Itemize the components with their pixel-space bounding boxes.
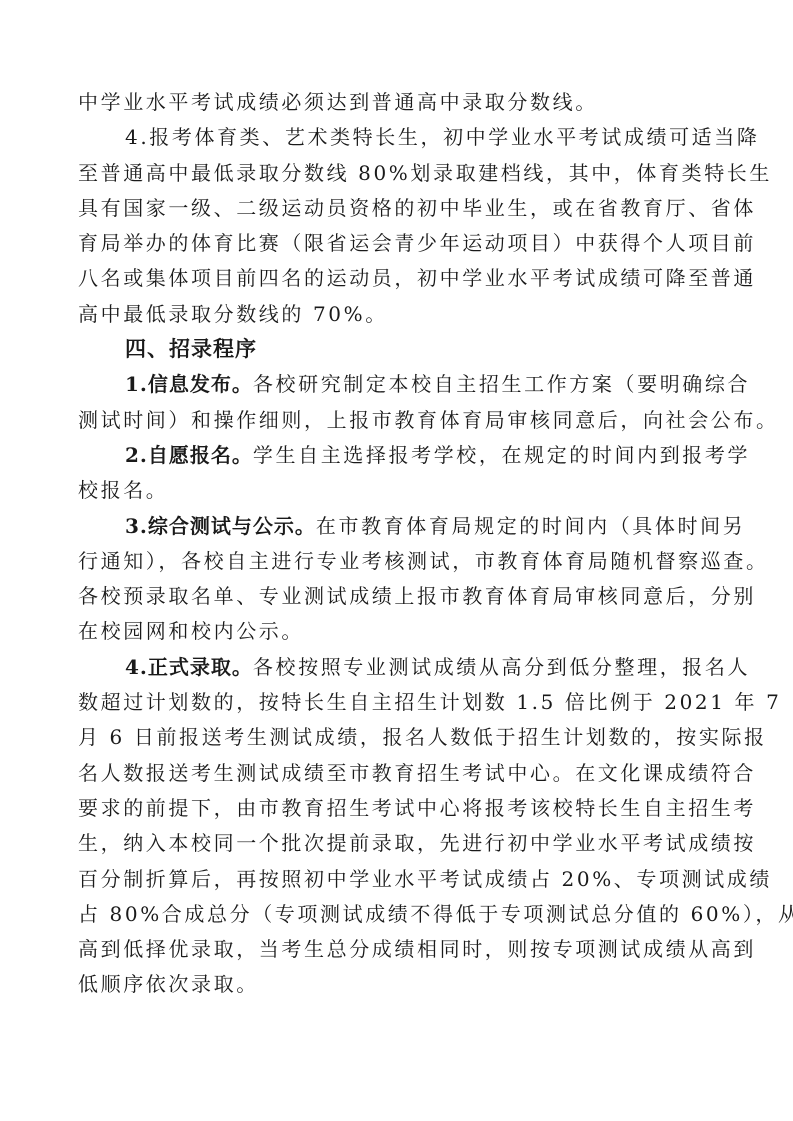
text-line: 百分制折算后，再按照初中学业水平考试成绩占 20%、专项测试成绩 [78, 862, 718, 897]
step-lead: 1.信息发布。 [125, 372, 253, 396]
text-line: 要求的前提下，由市教育招生考试中心将报考该校特长生自主招生考 [78, 791, 718, 826]
step-voluntary-registration: 2.自愿报名。学生自主选择报考学校，在规定的时间内到报考学 校报名。 [78, 438, 718, 509]
text-line: 高中最低录取分数线的 70%。 [78, 297, 718, 332]
text-line: 占 80%合成总分（专项测试成绩不得低于专项测试总分值的 60%），从 [78, 897, 718, 932]
step-text: 学生自主选择报考学校，在规定的时间内到报考学 [253, 443, 750, 467]
paragraph-sports-arts-specialty: 4.报考体育类、艺术类特长生，初中学业水平考试成绩可适当降 至普通高中最低录取分… [78, 120, 718, 332]
text-line: 月 6 日前报送考生测试成绩，报名人数低于招生计划数的，按实际报 [78, 720, 718, 755]
text-line: 高到低择优录取，当考生总分成绩相同时，则按专项测试成绩从高到 [78, 932, 718, 967]
document-page: 中学业水平考试成绩必须达到普通高中录取分数线。 4.报考体育类、艺术类特长生，初… [78, 85, 718, 1003]
step-text: 各校研究制定本校自主招生工作方案（要明确综合 [253, 372, 750, 396]
step-lead: 2.自愿报名。 [125, 443, 253, 467]
text-line: 4.报考体育类、艺术类特长生，初中学业水平考试成绩可适当降 [78, 120, 718, 155]
text-line: 各校预录取名单、专业测试成绩上报市教育体育局审核同意后，分别 [78, 579, 718, 614]
step-lead: 3.综合测试与公示。 [125, 514, 316, 538]
text-line: 行通知），各校自主进行专业考核测试，市教育体育局随机督察巡查。 [78, 544, 718, 579]
text-line: 具有国家一级、二级运动员资格的初中毕业生，或在省教育厅、省体 [78, 191, 718, 226]
section-heading: 四、招录程序 [78, 332, 718, 367]
step-test-and-publicity: 3.综合测试与公示。在市教育体育局规定的时间内（具体时间另 行通知），各校自主进… [78, 509, 718, 650]
text-line: 校报名。 [78, 473, 718, 508]
text-line: 八名或集体项目前四名的运动员，初中学业水平考试成绩可降至普通 [78, 261, 718, 296]
text-line: 3.综合测试与公示。在市教育体育局规定的时间内（具体时间另 [78, 509, 718, 544]
text-line: 名人数报送考生测试成绩至市教育招生考试中心。在文化课成绩符合 [78, 756, 718, 791]
text-line: 低顺序依次录取。 [78, 967, 718, 1002]
step-text: 在市教育体育局规定的时间内（具体时间另 [316, 514, 745, 538]
text-line: 育局举办的体育比赛（限省运会青少年运动项目）中获得个人项目前 [78, 226, 718, 261]
text-line: 生，纳入本校同一个批次提前录取，先进行初中学业水平考试成绩按 [78, 826, 718, 861]
step-formal-admission: 4.正式录取。各校按照专业测试成绩从高分到低分整理，报名人 数超过计划数的，按特… [78, 650, 718, 1003]
text-line: 数超过计划数的，按特长生自主招生计划数 1.5 倍比例于 2021 年 7 [78, 685, 718, 720]
text-line: 至普通高中最低录取分数线 80%划录取建档线，其中，体育类特长生 [78, 156, 718, 191]
text-line: 4.正式录取。各校按照专业测试成绩从高分到低分整理，报名人 [78, 650, 718, 685]
text-line: 测试时间）和操作细则，上报市教育体育局审核同意后，向社会公布。 [78, 403, 718, 438]
step-info-release: 1.信息发布。各校研究制定本校自主招生工作方案（要明确综合 测试时间）和操作细则… [78, 367, 718, 438]
text-line: 1.信息发布。各校研究制定本校自主招生工作方案（要明确综合 [78, 367, 718, 402]
text-line: 在校园网和校内公示。 [78, 614, 718, 649]
step-lead: 4.正式录取。 [125, 655, 253, 679]
step-text: 各校按照专业测试成绩从高分到低分整理，报名人 [253, 655, 750, 679]
text-line: 2.自愿报名。学生自主选择报考学校，在规定的时间内到报考学 [78, 438, 718, 473]
paragraph-continuation: 中学业水平考试成绩必须达到普通高中录取分数线。 [78, 85, 718, 120]
